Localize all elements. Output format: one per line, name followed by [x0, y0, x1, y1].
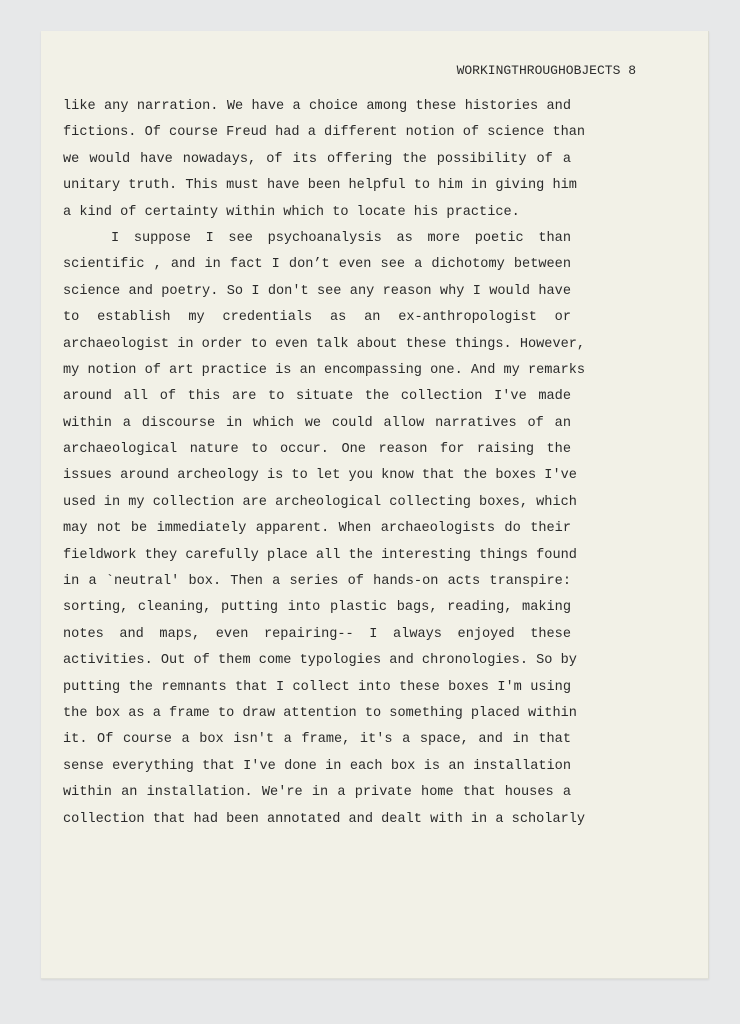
text-line: sorting, cleaning, putting into plastic … [63, 595, 571, 621]
text-line: activities. Out of them come typologies … [63, 648, 571, 674]
text-line: unitary truth. This must have been helpf… [63, 173, 571, 199]
text-line: my notion of art practice is an encompas… [63, 358, 571, 384]
text-line: used in my collection are archeological … [63, 490, 571, 516]
text-line: may not be immediately apparent. When ar… [63, 516, 571, 542]
text-line: fictions. Of course Freud had a differen… [63, 120, 571, 146]
text-line: the box as a frame to draw attention to … [63, 701, 571, 727]
text-line: in a `neutral' box. Then a series of han… [63, 569, 571, 595]
text-line: archaeological nature to occur. One reas… [63, 437, 571, 463]
text-line: collection that had been annotated and d… [63, 807, 571, 833]
running-header: WORKINGTHROUGHOBJECTS 8 [457, 63, 636, 78]
text-line: sense everything that I've done in each … [63, 754, 571, 780]
text-line: within an installation. We're in a priva… [63, 780, 571, 806]
text-line: it. Of course a box isn't a frame, it's … [63, 727, 571, 753]
text-line: a kind of certainty within which to loca… [63, 200, 571, 226]
text-line: within a discourse in which we could all… [63, 411, 571, 437]
text-line: I suppose I see psychoanalysis as more p… [63, 226, 571, 252]
text-line: we would have nowadays, of its offering … [63, 147, 571, 173]
text-line: around all of this are to situate the co… [63, 384, 571, 410]
paragraph-1: like any narration. We have a choice amo… [63, 94, 571, 226]
text-line: to establish my credentials as an ex-ant… [63, 305, 571, 331]
text-line: notes and maps, even repairing-- I alway… [63, 622, 571, 648]
text-line: scientific , and in fact I don’t even se… [63, 252, 571, 278]
text-line: like any narration. We have a choice amo… [63, 94, 571, 120]
text-line: fieldwork they carefully place all the i… [63, 543, 571, 569]
text-line: issues around archeology is to let you k… [63, 463, 571, 489]
body-text: like any narration. We have a choice amo… [63, 94, 571, 833]
text-line: archaeologist in order to even talk abou… [63, 332, 571, 358]
paragraph-2: I suppose I see psychoanalysis as more p… [63, 226, 571, 833]
text-line: putting the remnants that I collect into… [63, 675, 571, 701]
text-line: science and poetry. So I don't see any r… [63, 279, 571, 305]
